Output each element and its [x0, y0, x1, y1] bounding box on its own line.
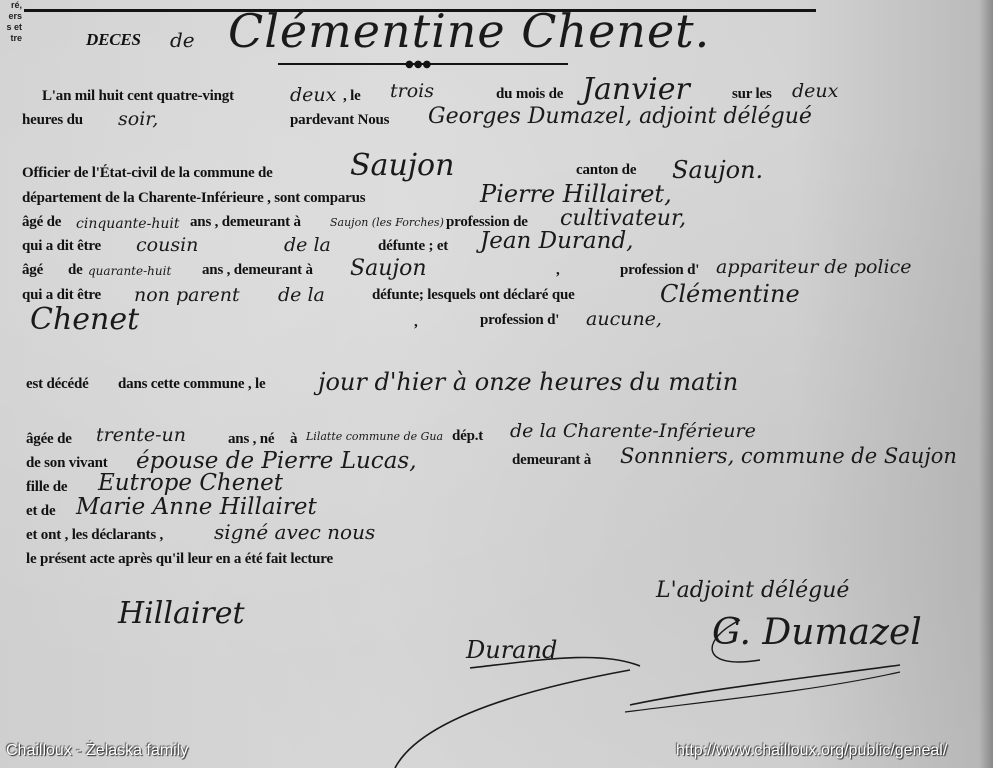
signed-handwritten: signé avec nous: [214, 520, 375, 544]
text: sur les: [732, 86, 772, 103]
deces-prep: de: [170, 28, 195, 52]
declarant1-relation-handwritten: cousin: [136, 234, 198, 256]
page-edge-shadow: [979, 0, 993, 768]
text: profession d': [620, 262, 699, 279]
text: âgé de: [22, 214, 61, 231]
text: dép.t: [452, 428, 483, 445]
deceased-age-handwritten: trente-un: [96, 424, 186, 446]
text: âgée de: [26, 431, 72, 448]
deceased-name-title: Clémentine Chenet.: [228, 4, 710, 58]
watermark-url[interactable]: http://www.chailloux.org/public/geneal/: [676, 742, 947, 760]
signature-durand: Durand: [466, 636, 557, 664]
text: fille de: [26, 479, 67, 496]
text: à: [290, 431, 297, 448]
text: dans cette commune , le: [118, 376, 265, 393]
deceased-profession-handwritten: aucune,: [586, 308, 662, 330]
margin-line: ers: [0, 11, 22, 22]
deces-label: DECES: [86, 30, 141, 50]
birth-department-handwritten: de la Charente-Inférieure: [510, 420, 756, 442]
deceased-surname-handwritten: Chenet: [30, 302, 139, 337]
day-handwritten: trois: [390, 80, 434, 102]
text: et de: [26, 503, 55, 520]
commune-handwritten: Saujon: [350, 148, 454, 183]
text: de son vivant: [26, 455, 108, 472]
year-handwritten: deux: [290, 84, 336, 106]
text: pardevant Nous: [290, 112, 389, 129]
residence-handwritten: Sonnniers, commune de Saujon: [620, 444, 957, 468]
text: demeurant à: [512, 452, 591, 469]
signature-hillairet: Hillairet: [118, 596, 245, 631]
officer-handwritten: Georges Dumazel, adjoint délégué: [428, 104, 812, 129]
margin-line: ré,: [0, 0, 22, 11]
deceased-firstname-handwritten: Clémentine: [660, 280, 800, 308]
declarant1-age-handwritten: cinquante-huit: [76, 216, 179, 232]
text: Officier de l'État-civil de la commune d…: [22, 165, 273, 182]
text: défunte; lesquels ont déclaré que: [372, 287, 575, 304]
text: du mois de: [496, 86, 563, 103]
declarant2-name-handwritten: Jean Durand,: [480, 228, 633, 254]
period-handwritten: soir,: [118, 108, 158, 130]
margin-fragment: ré, ers s et tre: [0, 0, 22, 44]
text: ans , demeurant à: [190, 214, 301, 231]
relation-article-handwritten: de la: [284, 234, 331, 256]
officer-title-handwritten: L'adjoint délégué: [656, 578, 849, 603]
death-time-handwritten: jour d'hier à onze heures du matin: [318, 368, 738, 396]
text: ,: [414, 314, 418, 331]
declarant2-age-handwritten: quarante-huit: [88, 264, 171, 278]
text: le présent acte après qu'il leur en a ét…: [26, 551, 333, 568]
text: âgé: [22, 262, 43, 279]
declarant2-relation-handwritten: non parent: [134, 284, 240, 306]
text: ans , né: [228, 431, 274, 448]
text: heures du: [22, 112, 83, 129]
watermark-family: Chailloux - Żelaska family: [6, 742, 188, 760]
text: est décédé: [26, 376, 89, 393]
hour-handwritten: deux: [792, 80, 838, 102]
margin-line: s et: [0, 22, 22, 33]
birthplace-handwritten: Lilatte commune de Gua: [306, 430, 443, 443]
signature-dumazel: G. Dumazel: [712, 612, 922, 653]
father-handwritten: Eutrope Chenet: [98, 470, 283, 496]
declarant1-residence-handwritten: Saujon (les Forches): [330, 216, 444, 229]
text: département de la Charente-Inférieure , …: [22, 190, 365, 207]
text: canton de: [576, 162, 636, 179]
text: de: [68, 262, 83, 279]
relation-article-handwritten: de la: [278, 284, 325, 306]
month-handwritten: Janvier: [582, 72, 690, 107]
mother-handwritten: Marie Anne Hillairet: [76, 494, 317, 520]
text: profession d': [480, 312, 559, 329]
text: et ont , les déclarants ,: [26, 527, 163, 544]
text: , le: [343, 88, 361, 105]
margin-line: tre: [0, 33, 22, 44]
text: qui a dit être: [22, 238, 101, 255]
declarant2-residence-handwritten: Saujon: [350, 256, 427, 281]
canton-handwritten: Saujon.: [672, 156, 763, 184]
text: ans , demeurant à: [202, 262, 313, 279]
declarant1-name-handwritten: Pierre Hillairet,: [480, 180, 672, 208]
text: ,: [556, 262, 560, 279]
text: défunte ; et: [378, 238, 448, 255]
text: L'an mil huit cent quatre-vingt: [42, 88, 234, 105]
declarant2-profession-handwritten: appariteur de police: [716, 256, 911, 278]
ornament-dots: ●●●: [405, 59, 431, 70]
